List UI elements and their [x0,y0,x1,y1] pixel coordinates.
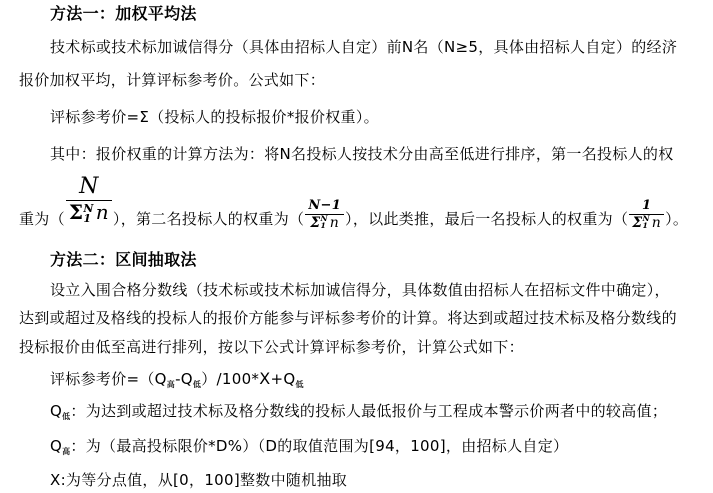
fraction-denominator: ΣN1n [66,201,112,223]
method1-para1-line1: 技术标或技术标加诚信得分（具体由招标人自定）前N名（N≥5，具体由招标人自定）的… [50,37,677,57]
sigma-symbol: Σ [632,215,642,231]
subscript-low: 低 [193,380,201,389]
method1-para1-line2: 报价加权平均，计算评标参考价。公式如下： [19,70,325,90]
method2-para1-line3: 投标报价由低至高进行排列，按以下公式计算评标参考价，计算公式如下： [19,337,524,357]
formula-x-variable: X [259,369,270,388]
text-weight-mid1: ），第二名投标人的权重为（ [113,209,304,239]
fraction-numerator: N−1 [305,199,344,214]
subscript-high: 高 [167,380,175,389]
method1-formula: 评标参考价=Σ（投标人的投标报价*报价权重）。 [50,107,379,127]
method2-formula: 评标参考价=（Q高-Q低）/100*X+Q低 [50,369,304,395]
fraction-denominator: ΣN1n [629,215,664,230]
sum-variable: n [96,200,109,224]
method2-para1-line2: 达到或超过及格线的投标人的报价方能参与评标参考价的计算。将达到或超过技术标及格分… [19,308,677,328]
text-weight-mid2: ），以此类推，最后一名投标人的权重为（ [345,209,628,239]
method2-para1-line1: 设立入围合格分数线（技术标或技术标加诚信得分，具体数值由招标人在招标文件中确定）… [50,280,670,300]
sum-lower: 1 [642,223,649,230]
formula-plus: +Q [270,370,295,388]
sum-limits: N1 [83,204,93,224]
formula-prefix: 评标参考价=（Q [50,370,167,388]
fraction-numerator: 1 [639,199,654,214]
subscript-low: 低 [295,380,303,389]
q-high-text: ：为（最高投标限价*D%）（D的取值范围为[94，100]，由招标人自定） [70,437,568,455]
x-definition: X:为等分点值，从[0，100]整数中随机抽取 [50,470,347,490]
method1-heading: 方法一：加权平均法 [50,4,197,24]
q-symbol: Q [50,402,62,420]
text-weight-prefix: 重为（ [19,209,65,239]
method1-para2-line1: 其中：报价权重的计算方法为：将N名投标人按技术分由高至低进行排序，第一名投标人的… [50,144,674,164]
q-symbol: Q [50,437,62,455]
formula-minus: -Q [175,370,193,388]
sigma-symbol: Σ [69,200,83,224]
sum-limits: N1 [320,216,327,230]
fraction-last-weight: 1 ΣN1n [629,199,664,230]
method1-para2-line2: 重为（ N ΣN1n ），第二名投标人的权重为（ N−1 ΣN1n ），以此类推… [19,175,688,239]
sum-variable: n [652,215,661,231]
text-weight-suffix: ）。 [665,209,688,239]
sigma-symbol: Σ [310,215,320,231]
q-low-text: ：为达到或超过技术标及格分数线的投标人最低报价与工程成本警示价两者中的较高值； [70,402,667,420]
sum-limits: N1 [642,216,649,230]
method2-heading: 方法二：区间抽取法 [50,250,197,270]
sum-variable: n [330,215,339,231]
sum-lower: 1 [83,214,93,224]
formula-mid: ）/100* [201,370,259,388]
fraction-denominator: ΣN1n [307,215,342,230]
q-low-definition: Q低：为达到或超过技术标及格分数线的投标人最低报价与工程成本警示价两者中的较高值… [50,401,667,427]
sum-lower: 1 [320,223,327,230]
fraction-numerator: N [76,176,102,200]
q-high-definition: Q高：为（最高投标限价*D%）（D的取值范围为[94，100]，由招标人自定） [50,436,568,462]
fraction-first-weight: N ΣN1n [66,176,112,223]
fraction-second-weight: N−1 ΣN1n [305,199,344,230]
